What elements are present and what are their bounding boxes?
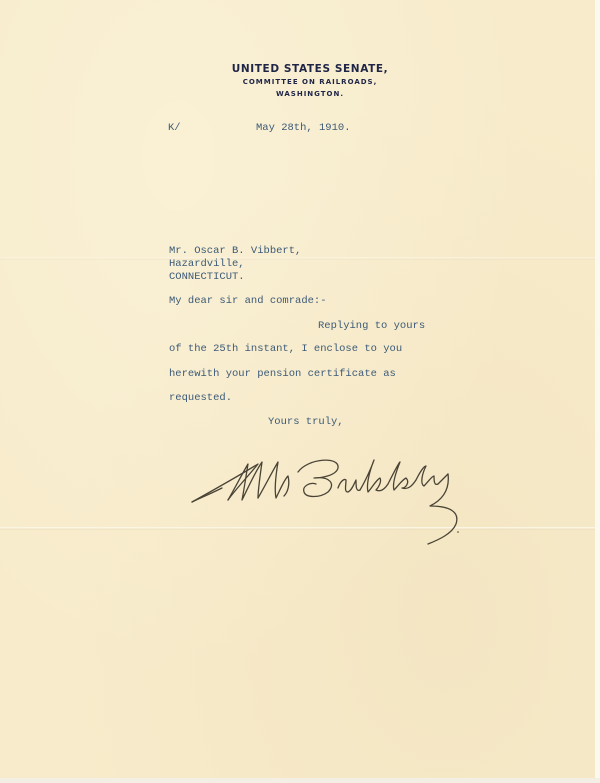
letter-date: May 28th, 1910. xyxy=(256,122,351,135)
letterhead-title: UNITED STATES SENATE, xyxy=(200,62,420,76)
body-line-1: Replying to yours xyxy=(318,320,425,333)
body-line-3: herewith your pension certificate as xyxy=(169,368,396,381)
letterhead-committee: COMMITTEE ON RAILROADS, xyxy=(200,76,420,88)
recipient-name: Mr. Oscar B. Vibbert, xyxy=(169,245,301,258)
scan-edge-right xyxy=(595,0,600,783)
body-line-2: of the 25th instant, I enclose to you xyxy=(169,343,402,356)
recipient-town: Hazardville, xyxy=(169,258,245,271)
closing: Yours truly, xyxy=(268,416,344,429)
letterhead: UNITED STATES SENATE, COMMITTEE ON RAILR… xyxy=(200,62,420,100)
letterhead-location: WASHINGTON. xyxy=(200,88,420,100)
scan-edge-bottom xyxy=(0,778,600,783)
salutation: My dear sir and comrade:- xyxy=(169,295,327,308)
reference-initials: K/ xyxy=(168,122,181,135)
letter-paper xyxy=(0,0,595,778)
recipient-state: CONNECTICUT. xyxy=(169,271,245,284)
signature-icon xyxy=(180,450,480,560)
body-line-4: requested. xyxy=(169,392,232,405)
